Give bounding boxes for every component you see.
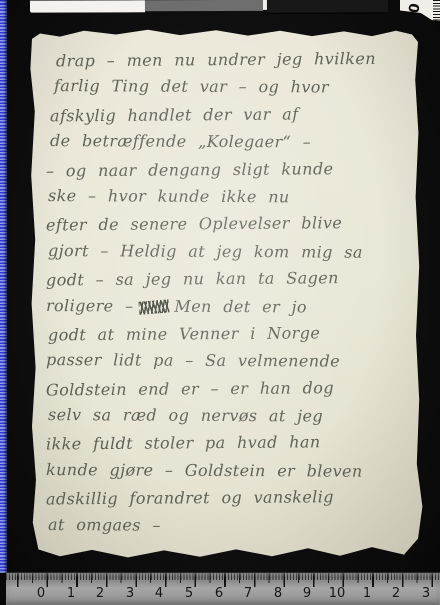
handwriting-line: gjort – Heldig at jeg kom mig sa <box>48 237 416 266</box>
handwriting-line: selv sa ræd og nervøs at jeg <box>48 401 416 430</box>
handwriting-block: drap – men nu undrer jeg hvilken farlig … <box>28 26 428 539</box>
handwriting-line: roligere –Men det er jo <box>46 292 416 321</box>
ruler-number: 10 <box>329 586 346 601</box>
handwriting-segment: roligere – <box>46 296 134 315</box>
handwriting-line: kunde gjøre – Goldstein er bleven <box>46 456 416 485</box>
ruler-number: 2 <box>96 586 104 601</box>
ruler-number: 4 <box>155 586 163 601</box>
edge-calibration-strip <box>0 0 7 573</box>
ruler-number: 9 <box>303 586 311 601</box>
ruler-number: 0 <box>37 586 45 601</box>
handwriting-segment: Men det er jo <box>174 296 307 316</box>
ruler-number: 3 <box>126 586 134 601</box>
centimetre-ruler: 0 1 2 3 4 5 6 7 8 9 10 1 2 3 <box>6 572 440 605</box>
handwriting-line: ske – hvor kunde ikke nu <box>48 182 416 211</box>
grayscale-patch-white <box>30 0 145 12</box>
ruler-number: 5 <box>185 586 193 601</box>
ruler-number: 1 <box>67 586 75 601</box>
handwriting-line: – og naar dengang sligt kunde <box>46 154 416 184</box>
grayscale-step-wedge <box>0 0 440 23</box>
ruler-number: 7 <box>244 586 252 601</box>
ruler-number: 1 <box>363 586 371 601</box>
handwriting-line: passer lidt pa – Sa velmenende <box>46 346 416 375</box>
handwriting-line: efter de senere Oplevelser blive <box>46 209 416 239</box>
handwriting-line: de betræffende „Kolegaer“ – <box>50 127 416 156</box>
handwriting-line: Goldstein end er – er han dog <box>46 373 416 403</box>
ruler-number: 8 <box>274 586 282 601</box>
handwriting-line: drap – men nu undrer jeg hvilken <box>56 45 416 75</box>
scratched-out-word <box>139 299 170 314</box>
ruler-number: 3 <box>422 586 430 601</box>
handwriting-line: at omgaes – <box>48 511 416 540</box>
handwriting-line: farlig Ting det var – og hvor <box>54 72 416 101</box>
handwriting-line: ikke fuldt stoler pa hvad han <box>46 428 416 458</box>
mini-ruler-ticks <box>433 0 440 21</box>
ruler-number: 6 <box>215 586 223 601</box>
handwriting-line: adskillig forandret og vanskelig <box>46 483 416 513</box>
handwriting-line: godt – sa jeg nu kan ta Sagen <box>46 264 416 294</box>
grayscale-patch-black <box>267 0 388 14</box>
grayscale-patch-gray <box>145 0 263 11</box>
handwriting-line: godt at mine Venner i Norge <box>48 318 416 348</box>
photograph-background: 0 drap – men nu undrer jeg hvilken farli… <box>0 0 440 605</box>
ruler-number: 2 <box>392 586 400 601</box>
letter-paper: drap – men nu undrer jeg hvilken farlig … <box>28 26 428 560</box>
handwriting-line: afskylig handlet der var af <box>50 99 416 129</box>
